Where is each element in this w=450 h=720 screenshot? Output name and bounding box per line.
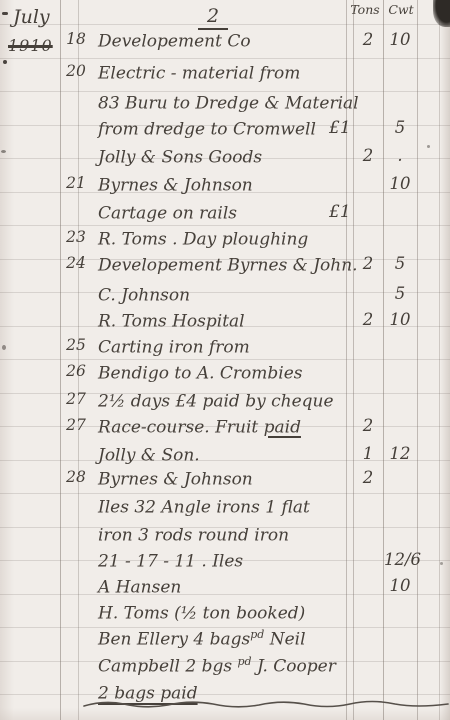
closing-wavy-line — [0, 0, 450, 720]
scan-speck — [2, 12, 8, 15]
scan-speck — [427, 145, 430, 148]
scan-speck — [2, 345, 6, 350]
scan-speck — [3, 60, 7, 64]
ledger-scan: { "document": { "month": "July", "year_s… — [0, 0, 450, 720]
scan-speck — [1, 150, 6, 153]
ledger-page: July 1910 2 Tons Cwt 18 Developement Co … — [0, 0, 450, 720]
scan-speck — [440, 562, 443, 565]
